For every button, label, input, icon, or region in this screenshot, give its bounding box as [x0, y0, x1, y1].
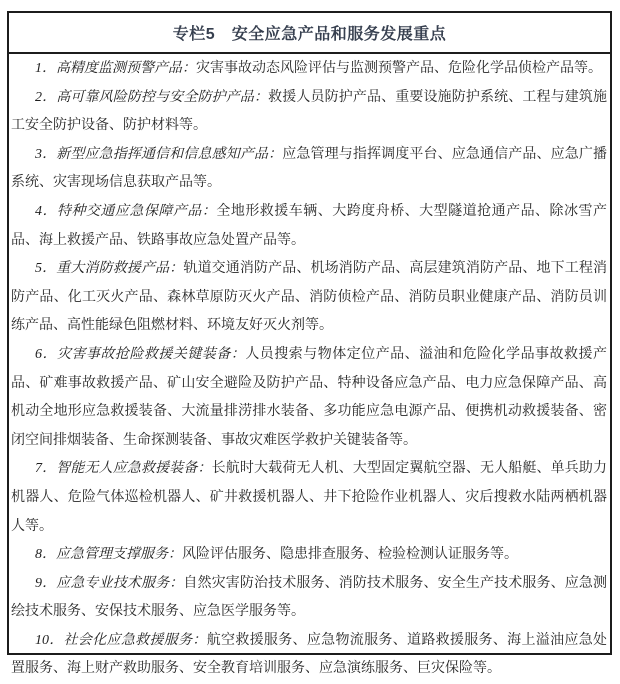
list-item-9: 9．应急专业技术服务：自然灾害防治技术服务、消防技术服务、安全生产技术服务、应急… — [11, 570, 607, 627]
list-item-10: 10．社会化应急救援服务：航空救援服务、应急物流服务、道路救援服务、海上溢油应急… — [11, 627, 607, 684]
panel-header: 专栏5 安全应急产品和服务发展重点 — [9, 13, 610, 54]
document-page: 专栏5 安全应急产品和服务发展重点 1．高精度监测预警产品：灾害事故动态风险评估… — [0, 0, 620, 683]
list-item-2: 2．高可靠风险防控与安全防护产品：救援人员防护产品、重要设施防护系统、工程与建筑… — [11, 84, 607, 141]
item-10-lead: 10．社会化应急救援服务： — [35, 633, 207, 648]
list-item-6: 6．灾害事故抢险救援关键装备：人员搜索与物体定位产品、溢油和危险化学品事故救援产… — [11, 341, 607, 455]
item-1-lead: 1．高精度监测预警产品： — [35, 61, 196, 76]
item-8-text: 风险评估服务、隐患排查服务、检验检测认证服务等。 — [182, 547, 518, 562]
list-item-7: 7．智能无人应急救援装备：长航时大载荷无人机、大型固定翼航空器、无人船艇、单兵助… — [11, 455, 607, 541]
item-6-text: 人员搜索与物体定位产品、溢油和危险化学品事故救援产品、矿难事故救援产品、矿山安全… — [11, 347, 607, 448]
list-item-4: 4．特种交通应急保障产品：全地形救援车辆、大跨度舟桥、大型隧道抢通产品、除冰雪产… — [11, 198, 607, 255]
item-5-lead: 5．重大消防救援产品： — [35, 261, 183, 276]
list-item-3: 3．新型应急指挥通信和信息感知产品：应急管理与指挥调度平台、应急通信产品、应急广… — [11, 141, 607, 198]
list-item-8: 8．应急管理支撑服务：风险评估服务、隐患排查服务、检验检测认证服务等。 — [11, 541, 607, 570]
item-1-text: 灾害事故动态风险评估与监测预警产品、危险化学品侦检产品等。 — [196, 61, 602, 76]
list-item-5: 5．重大消防救援产品：轨道交通消防产品、机场消防产品、高层建筑消防产品、地下工程… — [11, 255, 607, 341]
item-8-lead: 8．应急管理支撑服务： — [35, 547, 182, 562]
panel-title: 专栏5 安全应急产品和服务发展重点 — [173, 21, 446, 44]
panel-body: 1．高精度监测预警产品：灾害事故动态风险评估与监测预警产品、危险化学品侦检产品等… — [9, 54, 610, 684]
item-7-lead: 7．智能无人应急救援装备： — [35, 461, 212, 476]
item-9-lead: 9．应急专业技术服务： — [35, 576, 183, 591]
item-6-lead: 6．灾害事故抢险救援关键装备： — [35, 347, 245, 362]
item-2-lead: 2．高可靠风险防控与安全防护产品： — [35, 90, 268, 105]
column-5-panel: 专栏5 安全应急产品和服务发展重点 1．高精度监测预警产品：灾害事故动态风险评估… — [7, 11, 612, 655]
list-item-1: 1．高精度监测预警产品：灾害事故动态风险评估与监测预警产品、危险化学品侦检产品等… — [11, 55, 607, 84]
item-3-lead: 3．新型应急指挥通信和信息感知产品： — [35, 147, 282, 162]
item-4-lead: 4．特种交通应急保障产品： — [35, 204, 216, 219]
